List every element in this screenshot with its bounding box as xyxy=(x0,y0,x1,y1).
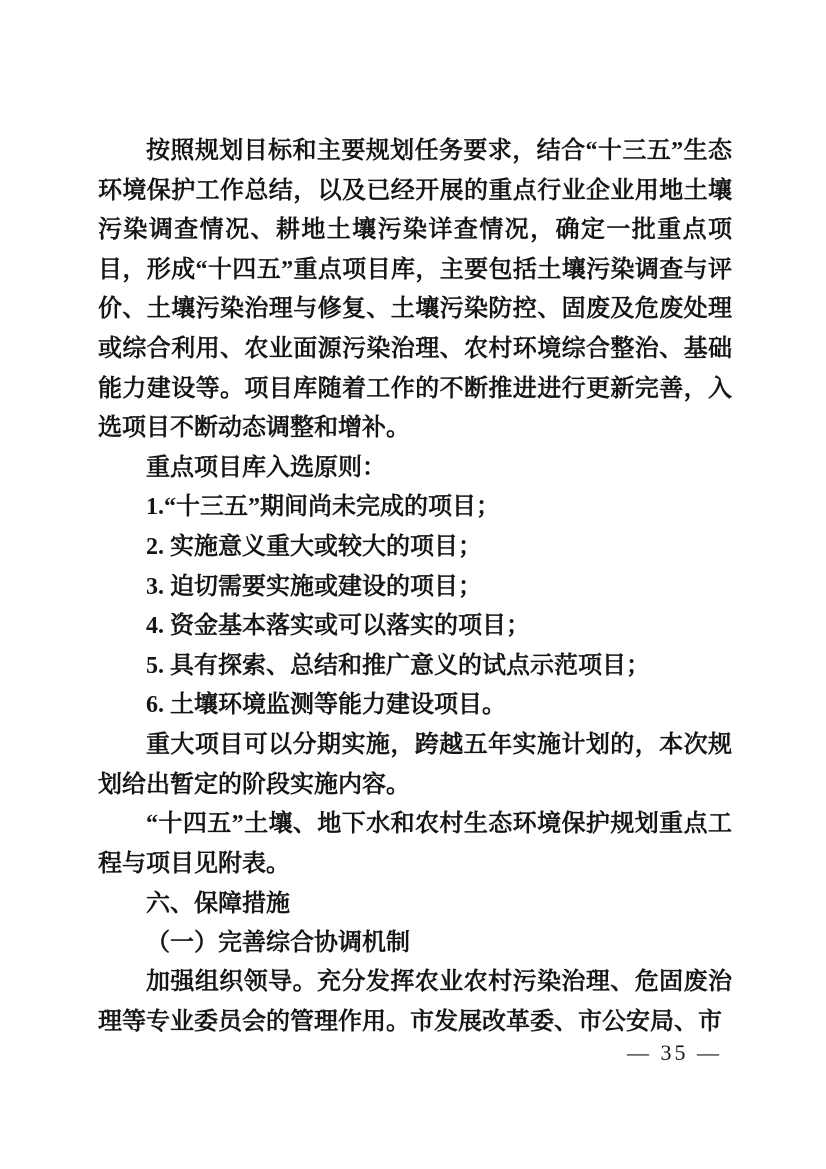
list-item-3: 3. 迫切需要实施或建设的项目； xyxy=(98,568,732,608)
subsection-heading-6-1: （一）完善综合协调机制 xyxy=(98,924,732,964)
document-body: 按照规划目标和主要规划任务要求，结合“十三五”生态环境保护工作总结，以及已经开展… xyxy=(98,132,732,1043)
list-item-6: 6. 土壤环境监测等能力建设项目。 xyxy=(98,686,732,726)
paragraph-appendix-note: “十四五”土壤、地下水和农村生态环境保护规划重点工程与项目见附表。 xyxy=(98,805,732,884)
list-item-2: 2. 实施意义重大或较大的项目； xyxy=(98,528,732,568)
list-item-1: 1.“十三五”期间尚未完成的项目； xyxy=(98,488,732,528)
paragraph-principles-lead: 重点项目库入选原则： xyxy=(98,449,732,489)
list-item-4: 4. 资金基本落实或可以落实的项目； xyxy=(98,607,732,647)
page-number: — 35 — xyxy=(627,1040,722,1066)
section-heading-6: 六、保障措施 xyxy=(98,884,732,924)
paragraph-intro: 按照规划目标和主要规划任务要求，结合“十三五”生态环境保护工作总结，以及已经开展… xyxy=(98,132,732,449)
list-item-5: 5. 具有探索、总结和推广意义的试点示范项目； xyxy=(98,647,732,687)
paragraph-major-projects: 重大项目可以分期实施，跨越五年实施计划的，本次规划给出暂定的阶段实施内容。 xyxy=(98,726,732,805)
paragraph-organization: 加强组织领导。充分发挥农业农村污染治理、危固废治理等专业委员会的管理作用。市发展… xyxy=(98,963,732,1042)
document-page: 按照规划目标和主要规划任务要求，结合“十三五”生态环境保护工作总结，以及已经开展… xyxy=(0,0,826,1169)
